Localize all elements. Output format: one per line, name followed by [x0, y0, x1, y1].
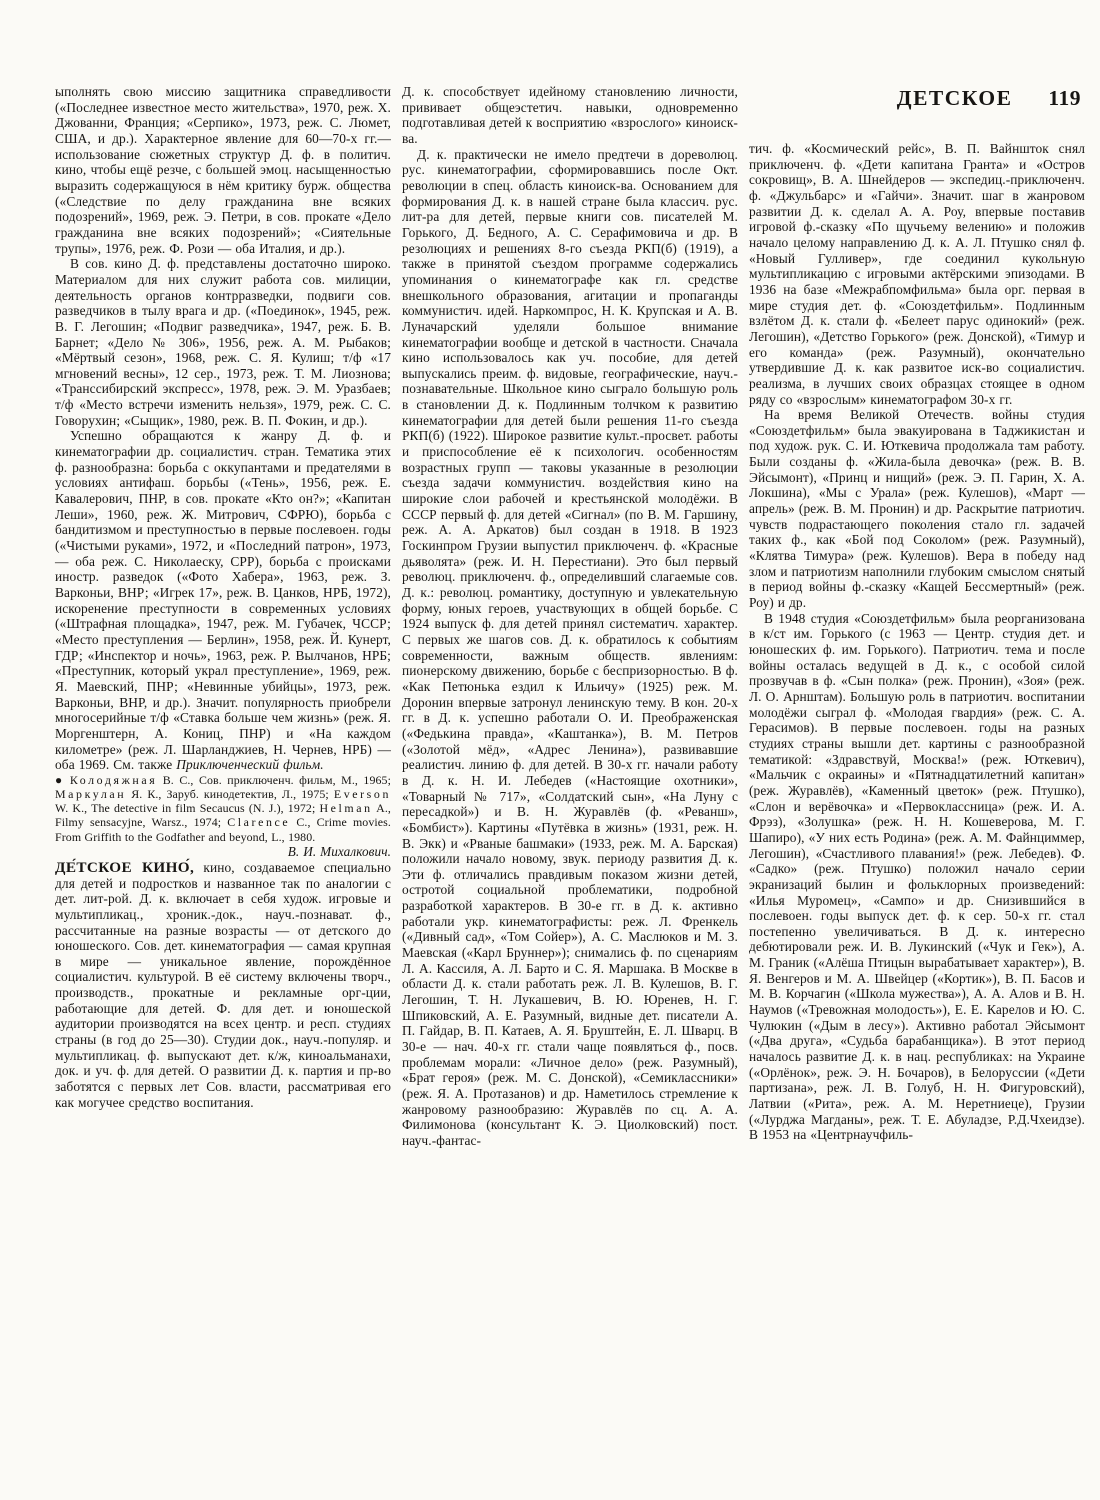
paragraph-postwar: В 1948 студия «Союздетфильм» была реорга… — [749, 611, 1085, 1143]
text-run: В. И. Михалкович. — [288, 844, 391, 859]
text-run: Clarence — [227, 815, 290, 829]
paragraph-soviet-detective-films: В сов. кино Д. ф. представлены достаточн… — [55, 256, 391, 428]
running-head: ДЕТСКОЕ119 — [749, 86, 1081, 111]
paragraph-socialist-countries: Успешно обращаются к жанру Д. ф. и кинем… — [55, 428, 391, 772]
text-run: Маркулан — [55, 787, 126, 801]
entry-children-cinema: ДЕ́ТСКОЕ КИНО́, кино, создаваемое специа… — [55, 860, 391, 1111]
text-run: В 1948 студия «Союздетфильм» была реорга… — [749, 611, 1085, 1143]
text-run: В сов. кино Д. ф. представлены достаточн… — [55, 256, 391, 428]
paragraph-wartime: На время Великой Отечеств. войны студия … — [749, 407, 1085, 611]
text-run: ыполнять свою миссию защитника справедли… — [55, 84, 391, 256]
text-run: Helman — [319, 801, 372, 815]
text-run: Everson — [334, 787, 391, 801]
page-number: 119 — [1048, 86, 1081, 110]
paragraph-history-origins: Д. к. практически не имело предтечи в до… — [402, 147, 738, 1149]
paragraph-thirties-continuation: тич. ф. «Космический рейс», В. П. Вайншт… — [749, 141, 1085, 407]
running-head-section-word: ДЕТСКОЕ — [897, 86, 1013, 110]
text-run: Приключенческий фильм. — [176, 757, 324, 772]
text-run: Я. К., Заруб. кинодетектив, Л., 1975; — [126, 787, 334, 801]
text-run: В. С., Сов. приключенч. фильм, М., 1965; — [157, 773, 391, 787]
text-columns: ыполнять свою миссию защитника справедли… — [55, 84, 1085, 1149]
text-run: тич. ф. «Космический рейс», В. П. Вайншт… — [749, 141, 1085, 407]
paragraph-detective-film-continuation: ыполнять свою миссию защитника справедли… — [55, 84, 391, 256]
text-run: ● — [55, 773, 70, 787]
text-run: Д. к. способствует идейному становлению … — [402, 84, 738, 146]
entry-headword: ДЕ́ТСКОЕ КИНО́, — [55, 859, 194, 876]
encyclopedia-page: ыполнять свою миссию защитника справедли… — [0, 0, 1100, 1500]
text-run: кино, создаваемое специально для детей и… — [55, 860, 391, 1110]
author-signature: В. И. Михалкович. — [55, 844, 391, 860]
text-run: Колодяжная — [70, 773, 158, 787]
column-1: ыполнять свою миссию защитника справедли… — [55, 84, 391, 1149]
text-run: Д. к. практически не имело предтечи в до… — [402, 147, 738, 1148]
text-run: W. K., The detective in film Secaucus (N… — [55, 801, 319, 815]
paragraph-upbringing-continuation: Д. к. способствует идейному становлению … — [402, 84, 738, 147]
text-run: На время Великой Отечеств. войны студия … — [749, 407, 1085, 610]
column-3: ДЕТСКОЕ119 тич. ф. «Космический рейс», В… — [749, 84, 1085, 1149]
text-run: Успешно обращаются к жанру Д. ф. и кинем… — [55, 428, 391, 772]
column-2: Д. к. способствует идейному становлению … — [402, 84, 738, 1149]
bibliography: ● Колодяжная В. С., Сов. приключенч. фил… — [55, 773, 391, 844]
